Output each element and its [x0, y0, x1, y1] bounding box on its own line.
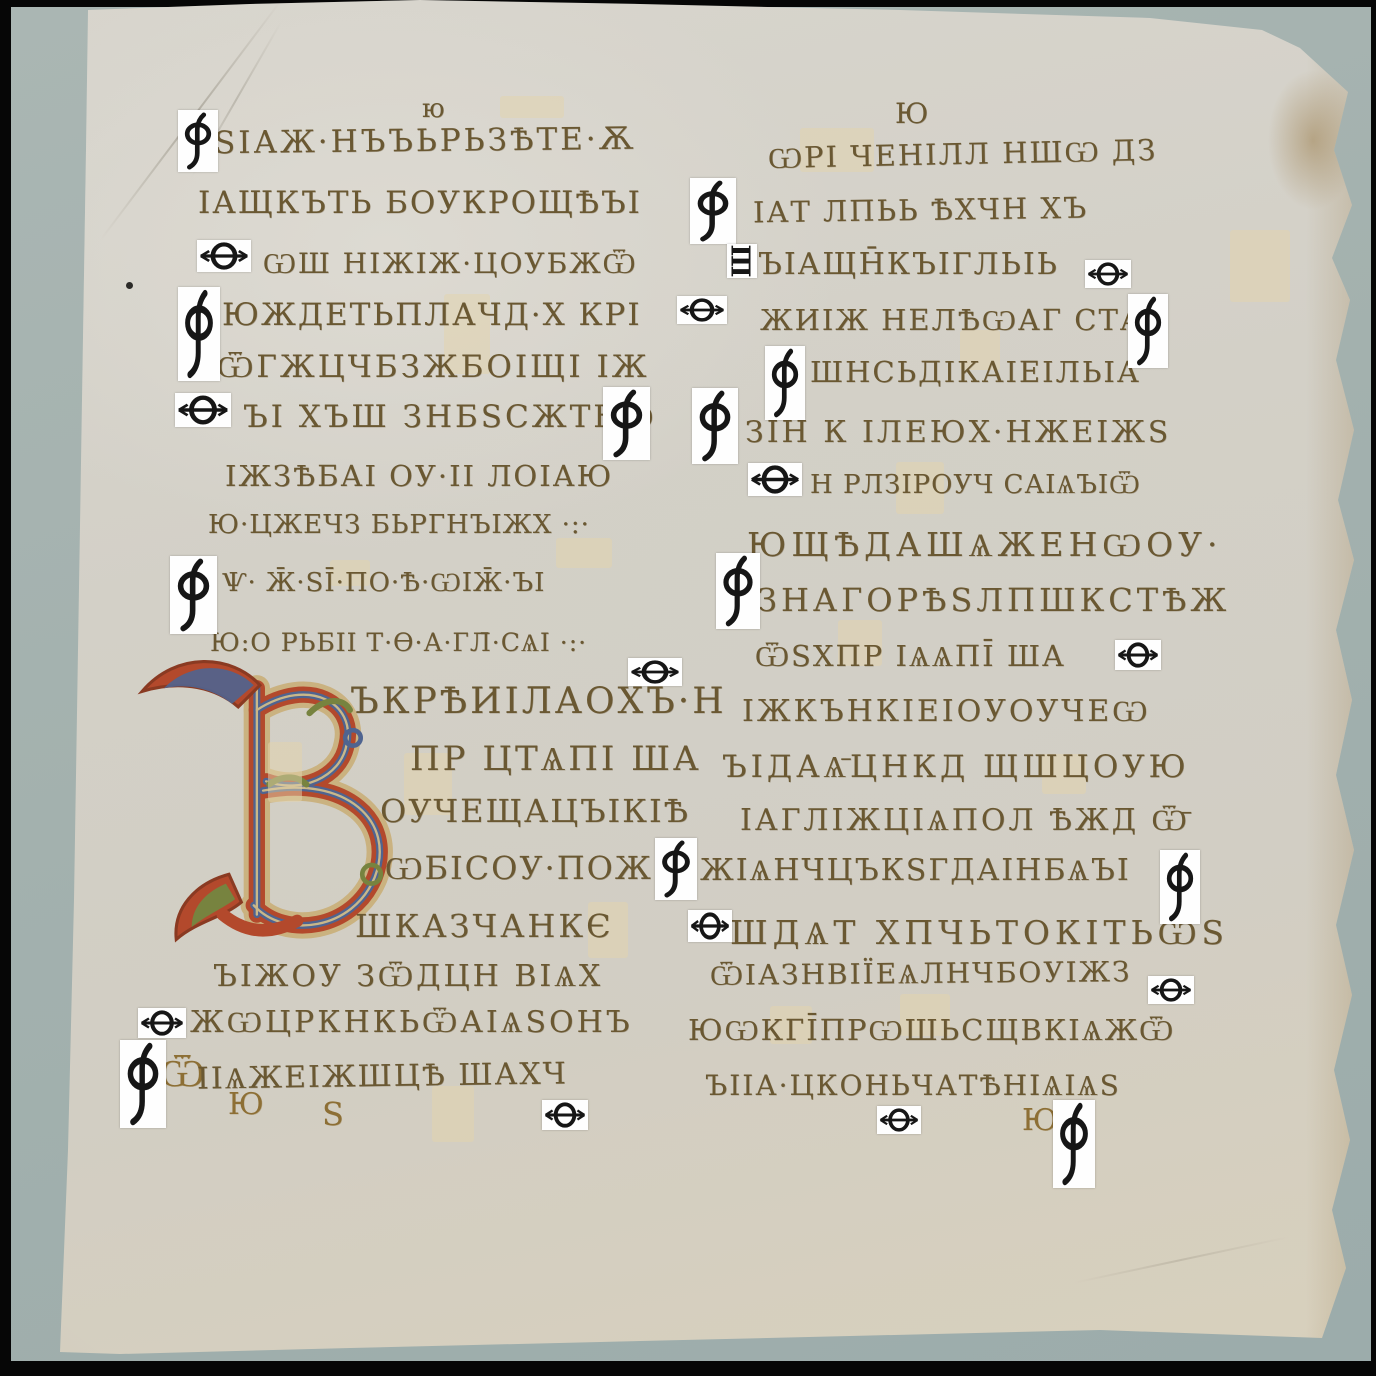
text-line: Ю:О РЬБІІ Т·Ѳ·А·ГЛ̄·СѦІ ·:· — [210, 630, 587, 655]
phi-glyph-icon — [692, 180, 734, 242]
text-line: ѠШ НІЖІЖ·ЦОУБЖѾ — [263, 250, 638, 278]
sha-glyph-icon: Ш — [729, 245, 755, 278]
text-line: ІАТ ЛПЬЬ ѢХЧН ХЪ — [753, 194, 1088, 228]
fold-crease — [1073, 1236, 1289, 1284]
text-line: ЪІЖОУ ЗѾДЦН ВІѦХ — [213, 962, 603, 992]
text-line: ІАГЛІЖЦІѦПОЛ ѢЖД Ѿ̄ — [740, 806, 1190, 836]
text-line: ѾЅХПР ІѦѦПІ̄ ША — [755, 642, 1066, 671]
text-line: ЪКРѢИІЛАОХЪ̈·Н — [350, 684, 727, 720]
phi-glyph-icon — [1055, 1102, 1093, 1186]
text-line: ѾГЖЦЧБЗЖБОІЩІ ІЖ — [217, 352, 650, 383]
parchment-repair-stain — [556, 538, 612, 568]
annotation-patch — [1085, 260, 1131, 288]
annotation-patch — [175, 393, 231, 427]
annotation-patch — [542, 1100, 588, 1130]
annotation-patch — [655, 838, 697, 900]
phi-glyph-icon — [694, 390, 736, 462]
text-line: ЪІАЩН̄КЪІГЛЬІЬ — [758, 250, 1059, 280]
fita-glyph-icon — [1150, 978, 1192, 1002]
annotation-patch — [692, 388, 738, 464]
annotation-patch — [178, 287, 220, 381]
phi-glyph-icon — [718, 555, 758, 627]
text-line: ЖІѦНЧЦЪКЅГДАІНБѦЪІ — [700, 856, 1131, 886]
text-line: ЖѠЦРКНКЬѾАІѦЅОНЪ — [190, 1008, 633, 1038]
annotation-patch — [1115, 640, 1161, 670]
annotation-patch: Ш — [727, 244, 757, 278]
annotation-patch — [1160, 850, 1200, 924]
phi-glyph-icon — [1130, 296, 1166, 366]
fita-glyph-icon — [177, 395, 229, 425]
annotation-patch — [120, 1040, 166, 1128]
annotation-patch — [138, 1008, 186, 1038]
text-line: ІЖЗѢБАІ ОУ·ІІ ЛОІАЮ — [225, 462, 613, 491]
fita-glyph-icon — [750, 465, 800, 494]
text-line: ЅІАЖ·НЪЪЬРЬЗѢТЕ·Ѫ — [214, 124, 637, 159]
text-line: Ѱ· Ж̄·ЅІ̄·ПО·Ѣ·ѠІЖ̄·ЪІ — [222, 570, 545, 596]
text-line: Н РЛЗІРОУЧ САІѦЪІѾ — [810, 472, 1141, 498]
text-line: ІАЩКЪТЬ БОУКРОЩѢЪІ — [198, 188, 642, 219]
text-line: Ѕ — [322, 1098, 344, 1130]
phi-glyph-icon — [172, 558, 215, 632]
fita-glyph-icon — [679, 298, 725, 322]
text-line: ШДѦТ ХПЧЬТОКІТЬѠЅ — [730, 916, 1229, 949]
annotation-patch — [765, 346, 805, 420]
annotation-patch — [1148, 976, 1194, 1004]
fita-glyph-icon — [544, 1102, 586, 1128]
text-line: ІЖКЪНКІЕІОУОУЧЕѠ — [742, 697, 1150, 727]
annotation-patch — [877, 1106, 921, 1134]
fita-glyph-icon — [690, 912, 730, 940]
fita-glyph-icon — [140, 1010, 184, 1036]
parchment-repair-stain — [1230, 230, 1290, 302]
text-line: ЗІН К ІЛЕЮХ·НЖЕІЖЅ — [745, 418, 1171, 448]
fita-glyph-icon — [630, 660, 680, 684]
manuscript-photo: юЅІАЖ·НЪЪЬРЬЗѢТЕ·ѪІАЩКЪТЬ БОУКРОЩѢЪІѠШ Н… — [0, 0, 1376, 1376]
text-line: ЖИІЖ НЕЛѢѠАГ СТА — [760, 306, 1144, 335]
text-line: ЗНАГОРѢЅЛПШКСТѢЖ — [757, 584, 1230, 616]
annotation-patch — [748, 463, 802, 496]
parchment-repair-stain — [500, 96, 564, 118]
text-line: ЪІ ХЪШ ЗНБЅСЖТЬѠ — [243, 402, 656, 433]
text-line: ЪІІА·ЦКОНЬЧАТѢНІѦІѦЅ — [705, 1072, 1121, 1100]
text-line: ѠБІСОУ·ПОЖ — [385, 852, 653, 884]
parchment-repair-stain — [432, 1086, 474, 1142]
text-line: ю — [422, 96, 446, 122]
annotation-patch — [170, 556, 217, 634]
text-line: Ю — [895, 100, 929, 128]
annotation-patch — [628, 658, 682, 686]
text-line: ШКАЗЧАНКЄ — [355, 910, 614, 942]
text-line: ПР ЦТѦПІ ША — [410, 742, 702, 776]
annotation-patch — [688, 910, 732, 942]
text-line: ЮЖДЕТЬПЛАЧД·Х КРІ — [222, 300, 642, 331]
annotation-patch — [716, 553, 760, 629]
parchment-repair-stain — [268, 742, 302, 802]
text-line: ШНСЬДІКАІЕІЛЬІА — [810, 358, 1141, 387]
fita-glyph-icon — [1087, 262, 1129, 286]
annotation-patch — [677, 296, 727, 324]
phi-glyph-icon — [767, 348, 803, 418]
phi-glyph-icon — [122, 1042, 164, 1126]
parchment-page: юЅІАЖ·НЪЪЬРЬЗѢТЕ·ѪІАЩКЪТЬ БОУКРОЩѢЪІѠШ Н… — [0, 0, 1376, 1376]
text-line: ОУЧЕЩАЦЪІКІѢ — [380, 795, 690, 827]
fita-glyph-icon — [1117, 642, 1159, 668]
text-line: ѠРІ ЧЕНІЛЛ НШѠ ДЗ — [768, 136, 1158, 173]
annotation-patch — [1053, 1100, 1095, 1188]
text-line: Ю·ЦЖЕЧЗ БЬРГНЪІЖХ ·:· — [208, 512, 590, 538]
phi-glyph-icon — [605, 389, 648, 458]
fita-glyph-icon — [879, 1108, 919, 1132]
annotation-patch — [197, 240, 251, 272]
annotation-patch — [603, 387, 650, 460]
annotation-patch — [178, 110, 218, 172]
text-line: Ю — [228, 1090, 264, 1120]
text-line: ЪІДАѦ̄ЦНКД ЩШЦОУЮ — [722, 752, 1190, 783]
phi-glyph-icon — [657, 840, 695, 898]
annotation-patch — [1128, 294, 1168, 368]
fita-glyph-icon — [199, 242, 249, 270]
ink-speck — [126, 282, 133, 289]
phi-glyph-icon — [180, 289, 218, 379]
phi-glyph-icon — [1162, 852, 1198, 922]
annotation-patch — [690, 178, 736, 244]
text-line: ЮѠКГІ̄ПРѠШЬСЩВКІѦЖѾ — [688, 1016, 1175, 1045]
text-line: ѾІАЗНВІЇЕѦЛНЧБОУІЖЗ — [710, 958, 1132, 990]
text-line: ЮЩѢДАШѦЖЕНѠОУ· — [747, 528, 1223, 561]
phi-glyph-icon — [180, 112, 216, 170]
